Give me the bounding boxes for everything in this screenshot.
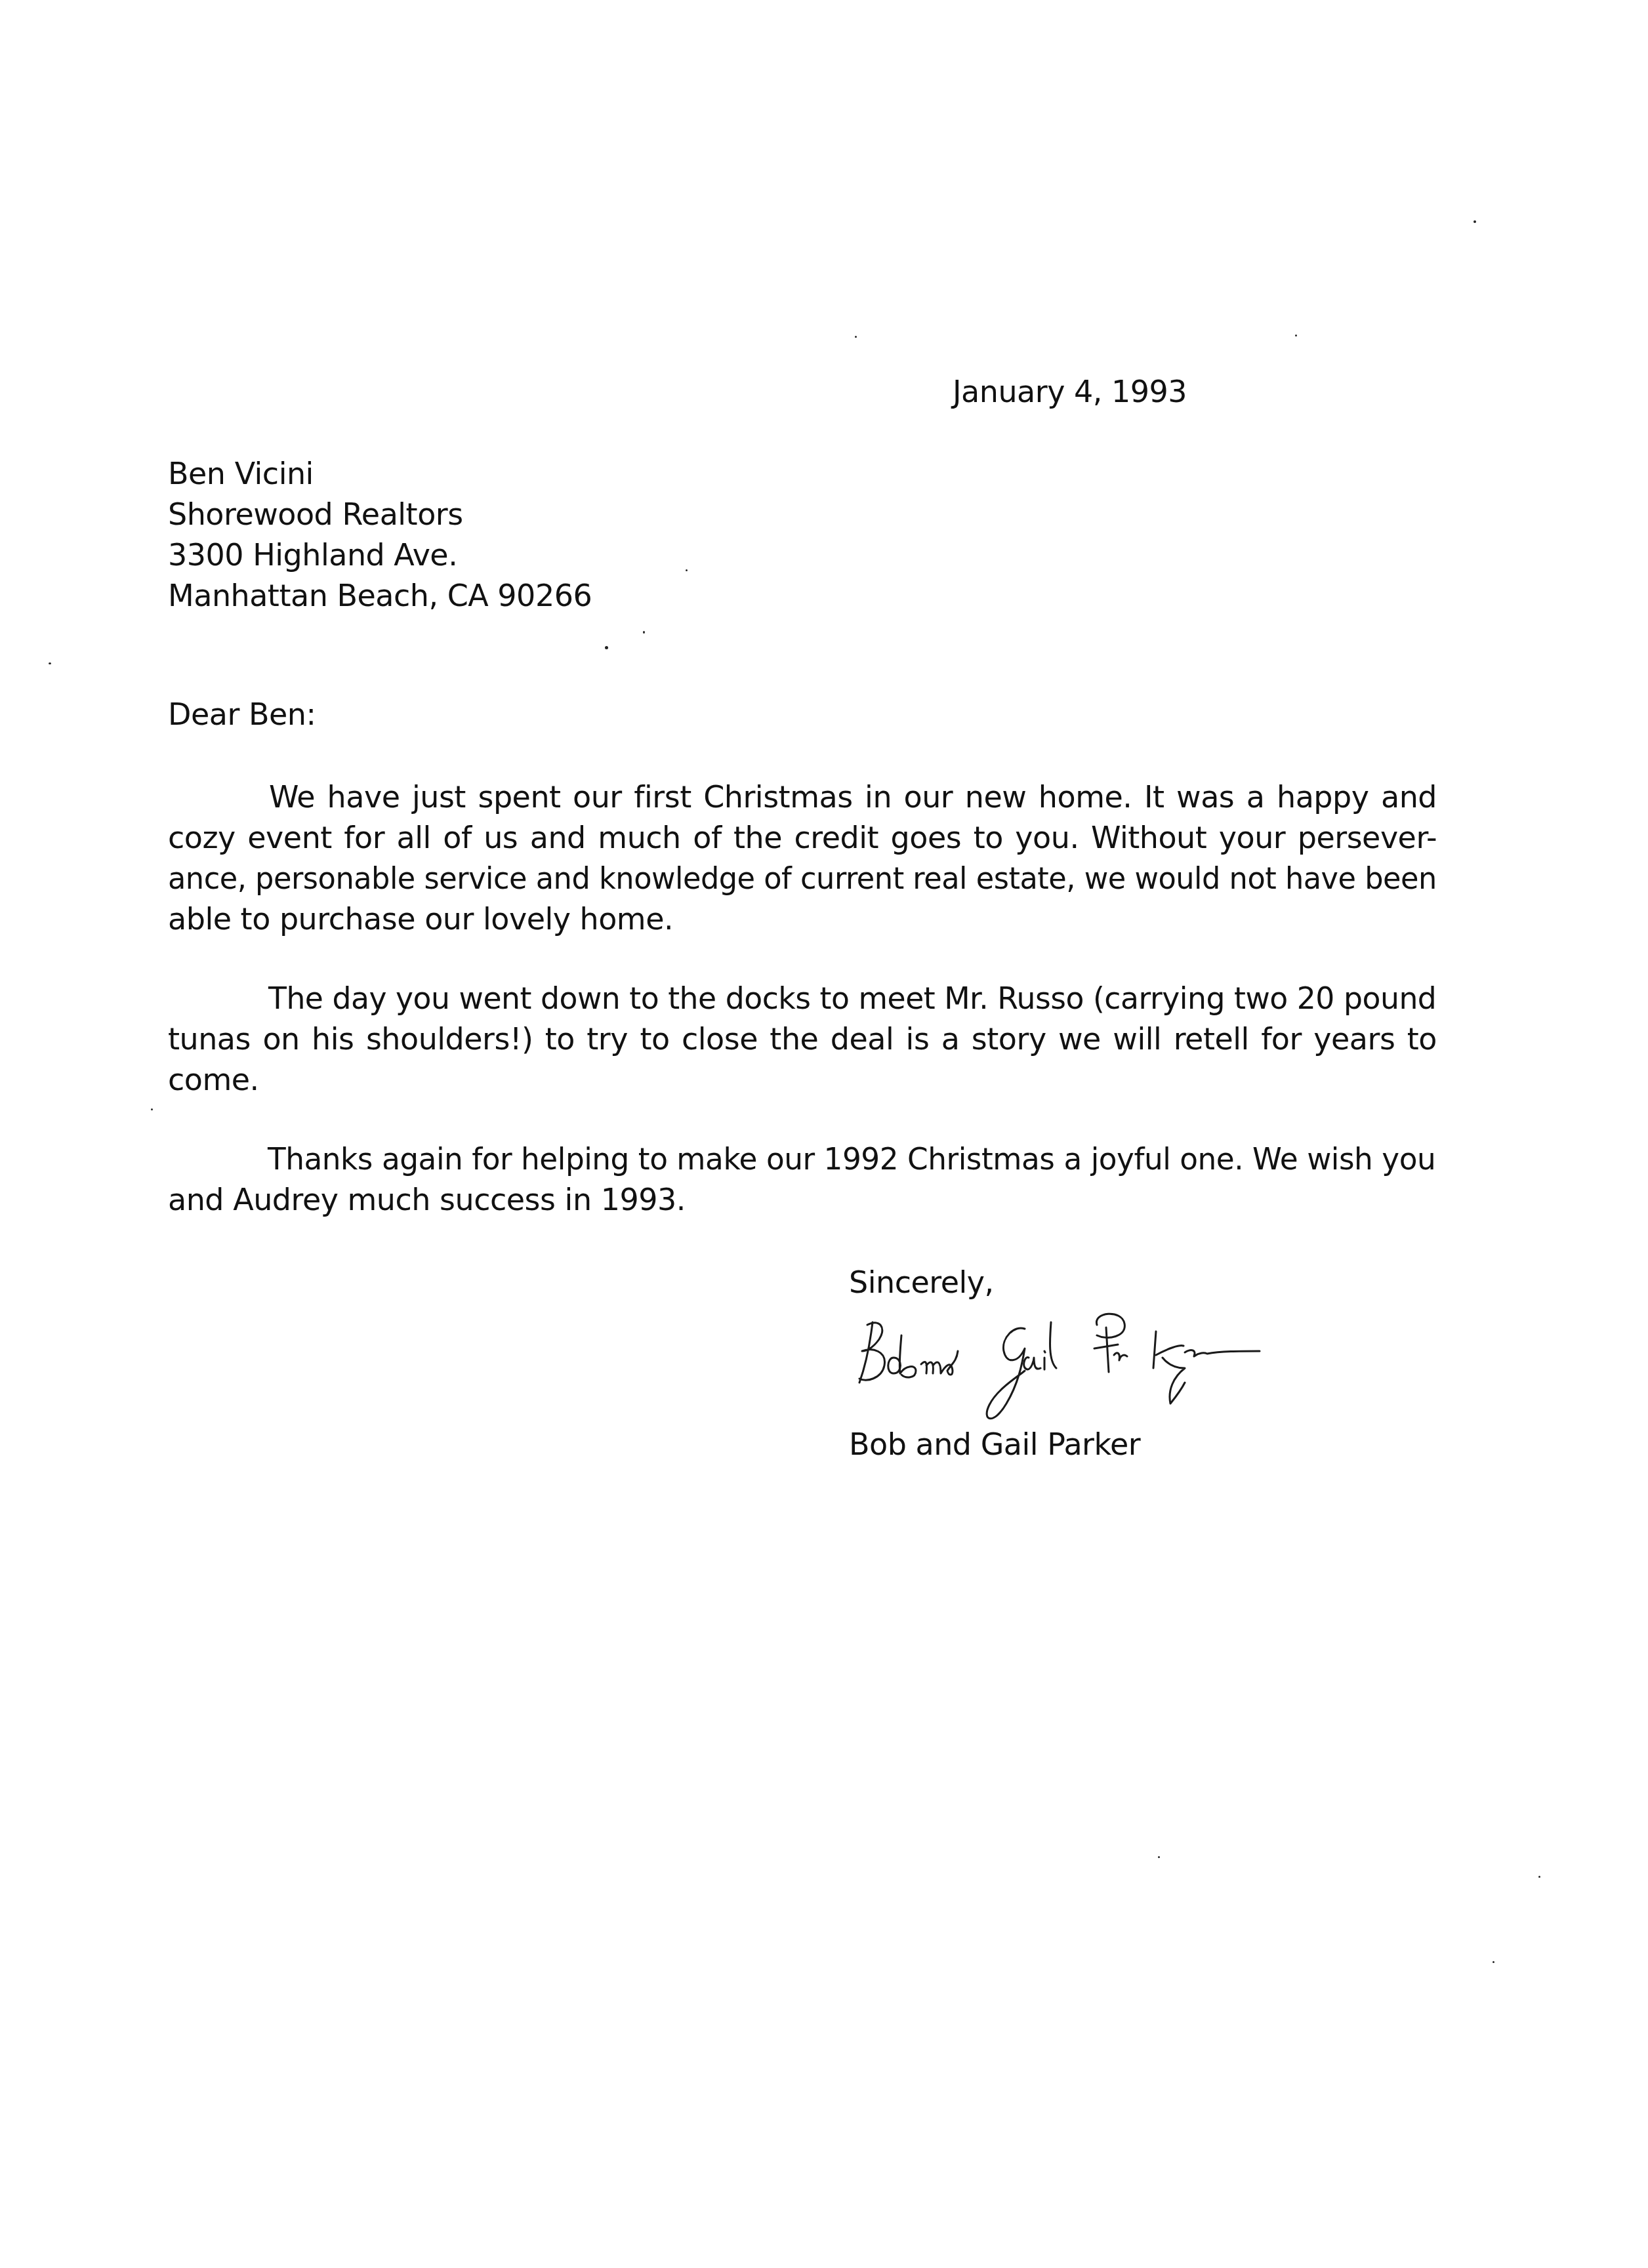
recipient-city: Manhattan Beach, CA 90266 bbox=[168, 575, 592, 616]
paragraph-line: and Audrey much success in 1993. bbox=[168, 1179, 1437, 1220]
scan-speck bbox=[605, 646, 608, 649]
scan-speck bbox=[1158, 1856, 1160, 1858]
scan-speck bbox=[1538, 1876, 1540, 1878]
paragraph-line: able to purchase our lovely home. bbox=[168, 899, 1437, 939]
paragraph-line: ance, personable service and knowledge o… bbox=[168, 858, 1437, 899]
paragraph-line: come. bbox=[168, 1059, 1437, 1100]
letter-date: January 4, 1993 bbox=[953, 371, 1187, 412]
scan-speck bbox=[1295, 334, 1297, 336]
scan-speck bbox=[686, 569, 688, 571]
scan-speck bbox=[1473, 220, 1476, 223]
closing: Sincerely, bbox=[849, 1262, 994, 1303]
paragraph-line: Thanks again for helping to make our 199… bbox=[168, 1139, 1536, 1179]
scan-speck bbox=[49, 662, 51, 664]
recipient-name: Ben Vicini bbox=[168, 453, 592, 494]
letter-page: January 4, 1993 Ben Vicini Shorewood Rea… bbox=[0, 0, 1648, 2268]
scan-speck bbox=[1493, 1961, 1494, 1963]
scan-speck bbox=[643, 631, 645, 634]
paragraph-3: Thanks again for helping to make our 199… bbox=[168, 1139, 1437, 1220]
signature-icon bbox=[853, 1305, 1338, 1436]
paragraph-1: We have just spent our first Christmas i… bbox=[168, 777, 1437, 939]
paragraph-line: cozy event for all of us and much of the… bbox=[168, 817, 1437, 858]
scan-speck bbox=[151, 1108, 153, 1110]
recipient-street: 3300 Highland Ave. bbox=[168, 535, 592, 575]
recipient-address: Ben Vicini Shorewood Realtors 3300 Highl… bbox=[168, 453, 592, 616]
signer-name: Bob and Gail Parker bbox=[849, 1424, 1140, 1465]
scan-speck bbox=[855, 336, 857, 338]
paragraph-line: The day you went down to the docks to me… bbox=[168, 978, 1537, 1019]
recipient-company: Shorewood Realtors bbox=[168, 494, 592, 535]
paragraph-line: tunas on his shoulders!) to try to close… bbox=[168, 1019, 1437, 1059]
salutation: Dear Ben: bbox=[168, 694, 316, 735]
paragraph-line: We have just spent our first Christmas i… bbox=[168, 777, 1437, 817]
paragraph-2: The day you went down to the docks to me… bbox=[168, 978, 1437, 1100]
